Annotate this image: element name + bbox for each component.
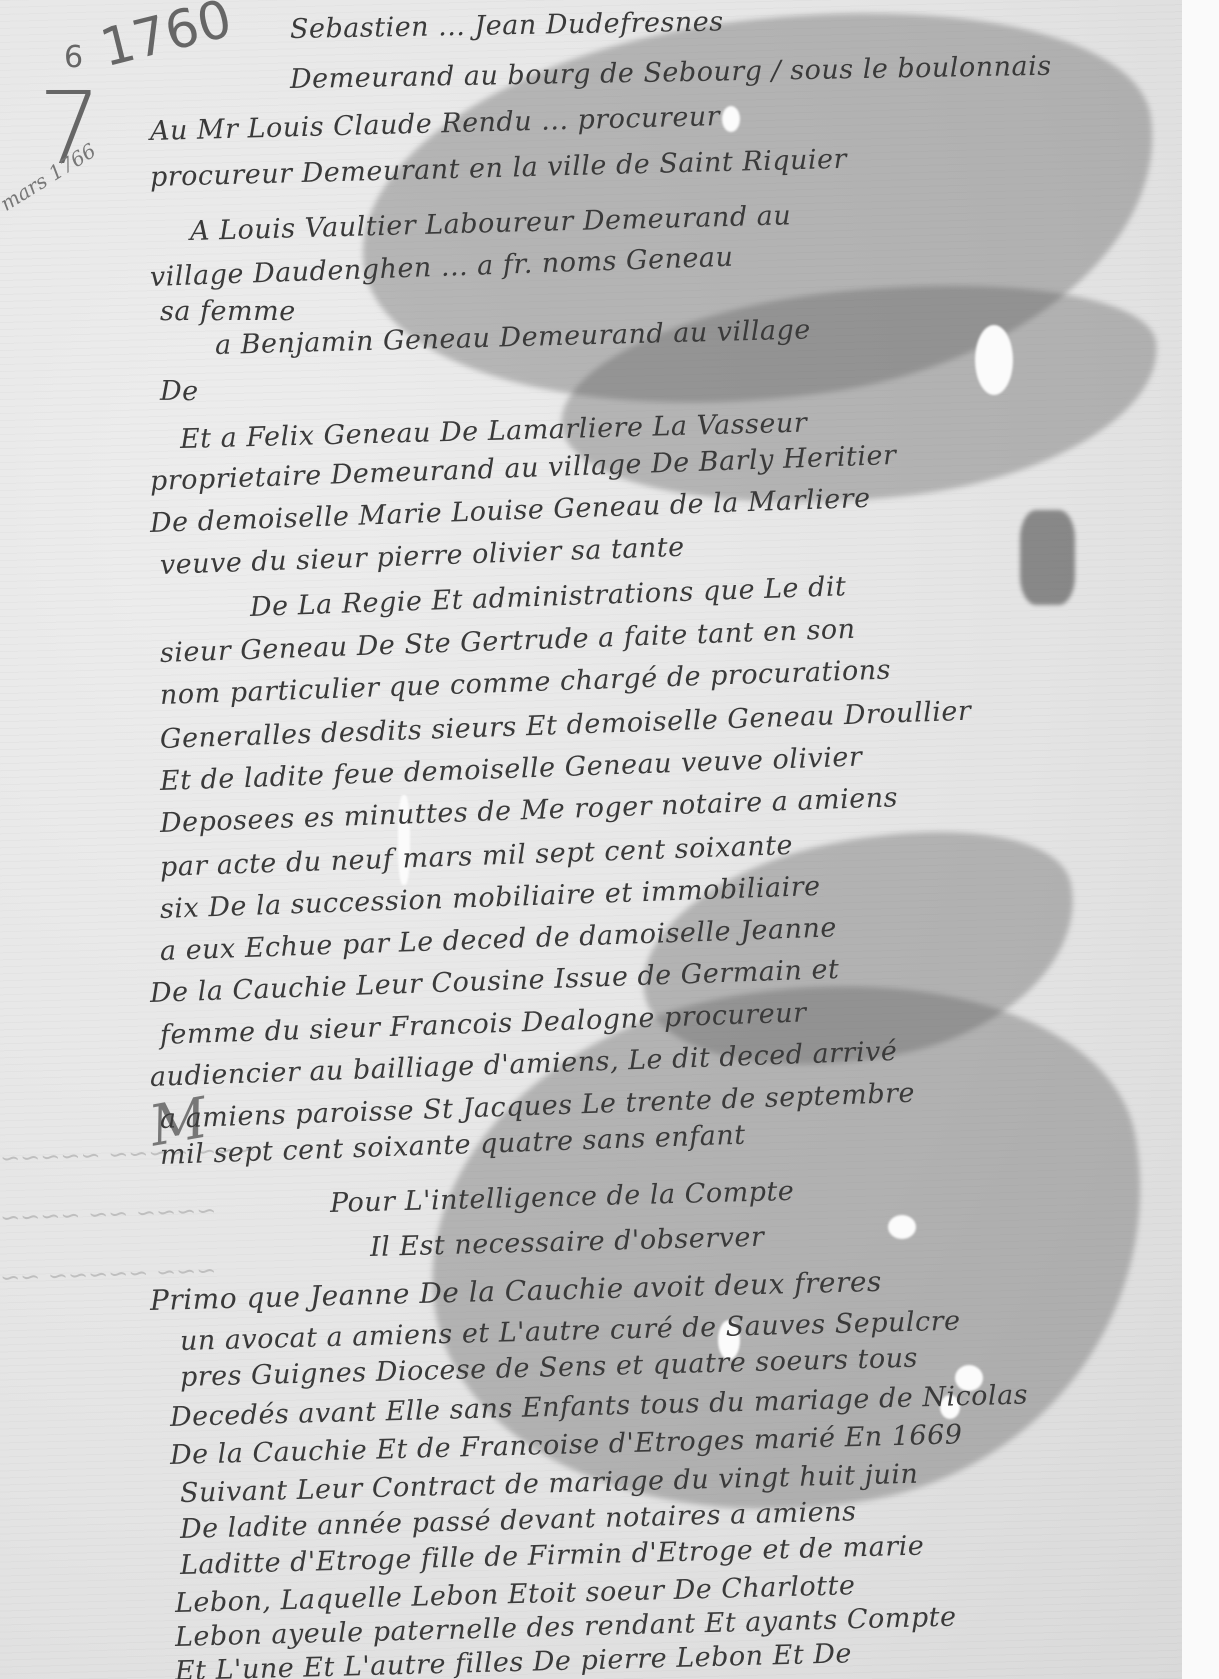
- manuscript-page: ~~~ ~~~~ ~~~~~ ~~~~ ~~ ~~~~ ~~~ ~~~~~ ~~…: [0, 0, 1182, 1679]
- manuscript-line: sa femme: [160, 296, 296, 327]
- ink-blot: [1020, 510, 1075, 605]
- paper-hole: [888, 1215, 916, 1239]
- archive-reference-superscript: 6: [64, 40, 83, 75]
- bleed-through-text: ~~~~ ~~ ~~~~: [0, 1196, 217, 1232]
- archive-year: 1760: [95, 0, 238, 79]
- scan-margin: [1182, 0, 1219, 1679]
- manuscript-line: De La Regie Et administrations que Le di…: [249, 571, 846, 623]
- manuscript-line: De: [160, 376, 199, 407]
- paper-hole: [975, 325, 1013, 395]
- manuscript-line: veuve du sieur pierre olivier sa tante: [159, 532, 685, 581]
- paper-hole: [722, 106, 740, 132]
